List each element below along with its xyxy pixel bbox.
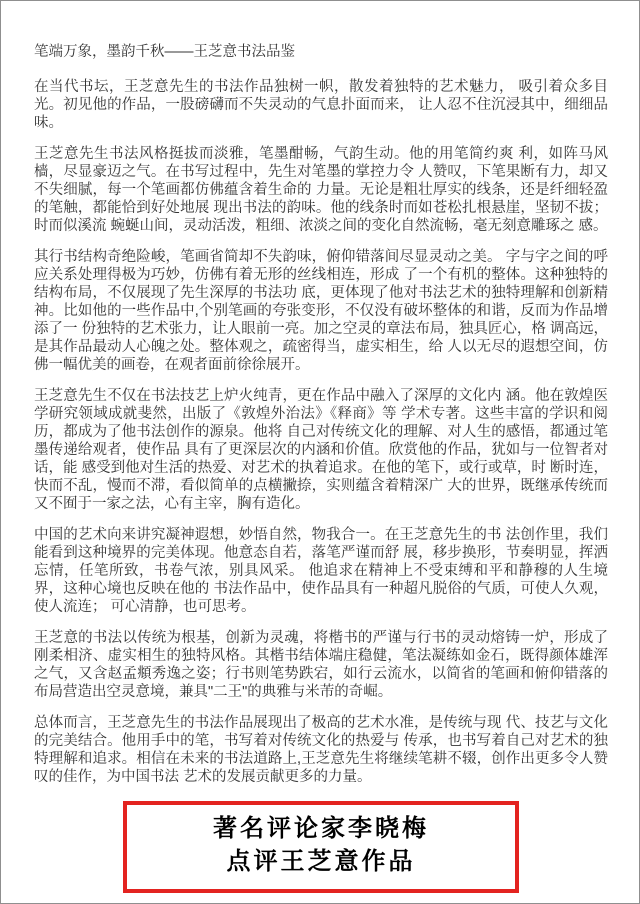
body-paragraph-summary: 总体而言，王芝意先生的书法作品展现出了极高的艺术水准，是传统与现 代、技艺与文化…: [34, 714, 608, 786]
document-page: 笔端万象，墨韵千秋——王芝意书法品鉴 在当代书坛，王芝意先生的书法作品独树一帜，…: [0, 0, 640, 904]
reviewer-name-line: 著名评论家李晓梅: [131, 812, 511, 845]
page-body: { "document": { "title": "笔端万象，墨韵千秋——王芝意…: [0, 0, 640, 904]
reviewer-highlight-box: 著名评论家李晓梅 点评王芝意作品: [123, 801, 519, 893]
document-title: 笔端万象，墨韵千秋——王芝意书法品鉴: [34, 43, 608, 61]
body-paragraph-tradition: 王芝意的书法以传统为根基，创新为灵魂，将楷书的严谨与行书的灵动熔铸一炉，形成了刚…: [34, 629, 608, 701]
body-paragraph-structure: 其行书结构奇绝险峻，笔画省简却不失韵味，俯仰错落间尽显灵动之美。 字与字之间的呼…: [34, 248, 608, 374]
body-paragraph-culture: 王芝意先生不仅在书法技艺上炉火纯青，更在作品中融入了深厚的文化内 涵。他在敦煌医…: [34, 387, 608, 513]
body-paragraph-intro: 在当代书坛，王芝意先生的书法作品独树一帜，散发着独特的艺术魅力， 吸引着众多目光…: [34, 78, 608, 132]
body-paragraph-style: 王芝意先生书法风格挺拔而淡雅，笔墨酣畅，气韵生动。他的用笔简约爽 利，如阵马风樯…: [34, 145, 608, 235]
body-paragraph-spirit: 中国的艺术向来讲究凝神遐想，妙悟自然，物我合一。在王芝意先生的书 法创作里，我们…: [34, 526, 608, 616]
reviewer-action-line: 点评王芝意作品: [131, 845, 511, 878]
